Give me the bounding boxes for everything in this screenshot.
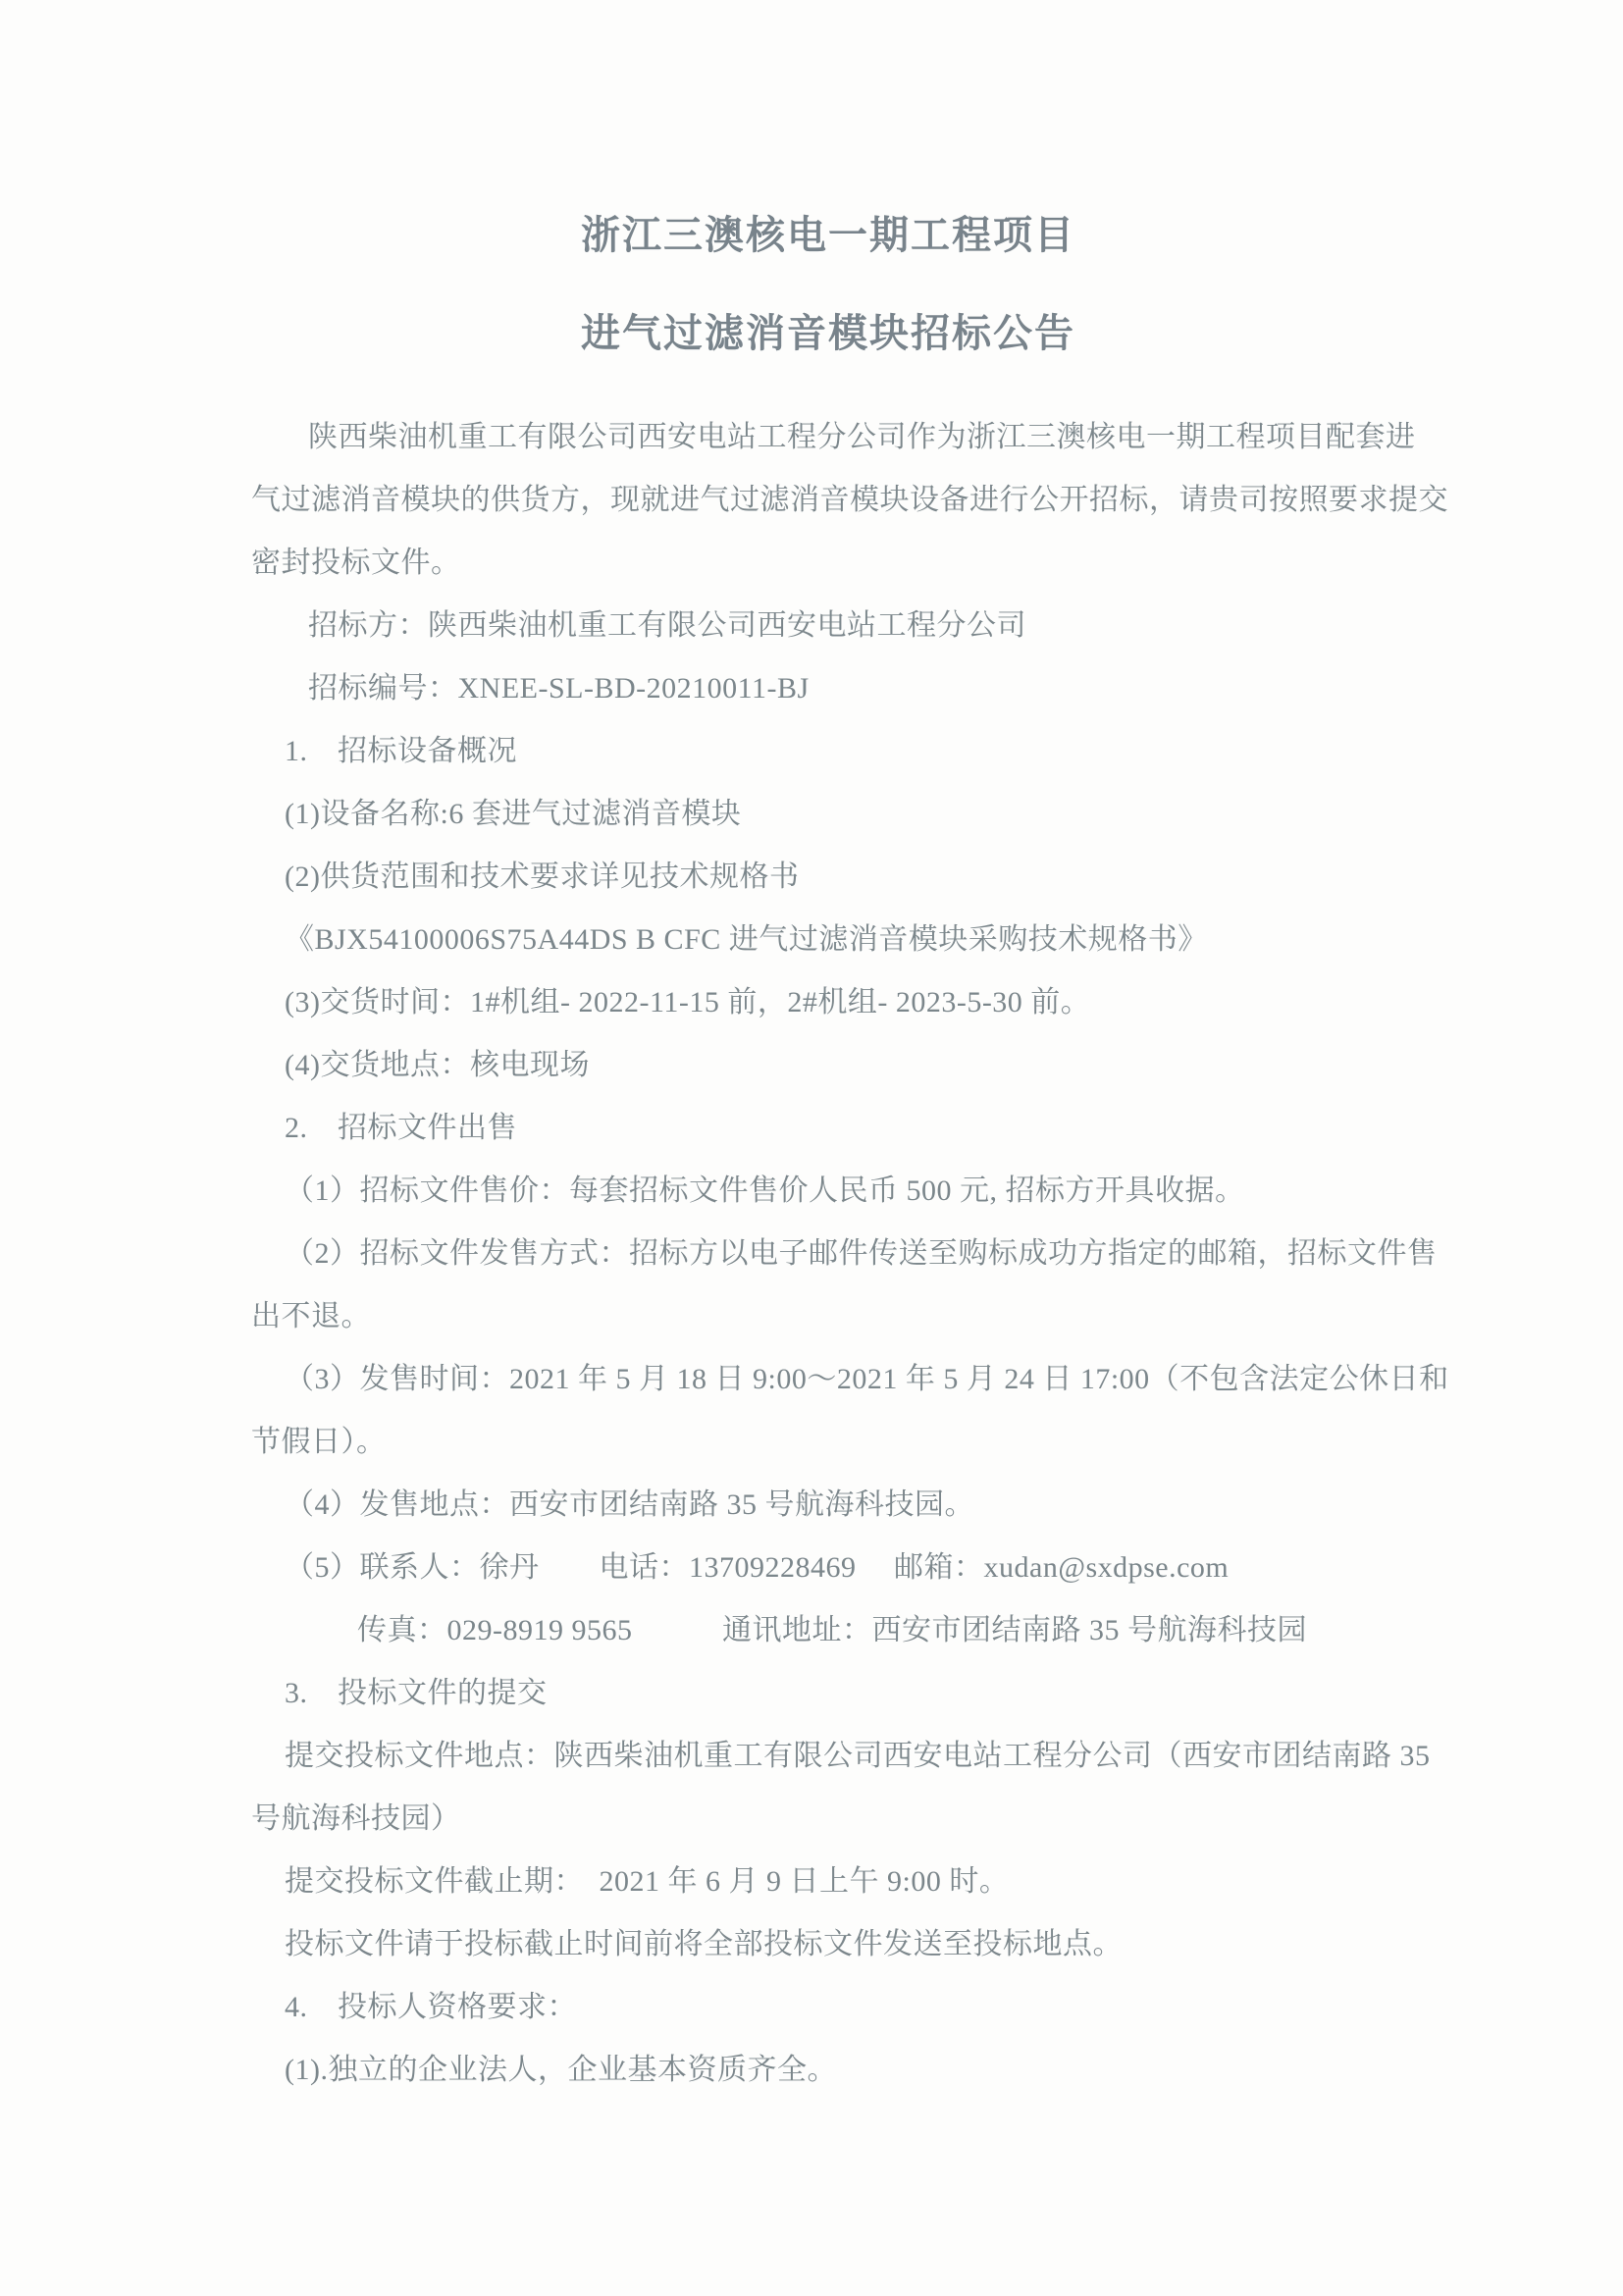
- section-2-heading: 2. 招标文件出售: [251, 1097, 1405, 1160]
- submission-note-line: 投标文件请于投标截止时间前将全部投标文件发送至投标地点。: [251, 1913, 1405, 1976]
- equipment-name-line: (1)设备名称:6 套进气过滤消音模块: [251, 783, 1405, 846]
- document-price-line: （1）招标文件售价：每套招标文件售价人民币 500 元, 招标方开具收据。: [251, 1160, 1405, 1223]
- document-body: 陕西柴油机重工有限公司西安电站工程分公司作为浙江三澳核电一期工程项目配套进 气过…: [251, 406, 1405, 2102]
- qualification-line-1: (1).独立的企业法人，企业基本资质齐全。: [251, 2039, 1405, 2102]
- document-content: 浙江三澳核电一期工程项目 进气过滤消音模块招标公告 陕西柴油机重工有限公司西安电…: [251, 186, 1405, 2102]
- section-3-heading: 3. 投标文件的提交: [251, 1662, 1405, 1725]
- sale-method-line-2: 出不退。: [251, 1285, 1405, 1348]
- submission-place-line-2: 号航海科技园）: [251, 1788, 1405, 1851]
- delivery-time-line: (3)交货时间：1#机组- 2022-11-15 前，2#机组- 2023-5-…: [251, 971, 1405, 1034]
- document-title-line-1: 浙江三澳核电一期工程项目: [251, 186, 1405, 285]
- section-1-heading: 1. 招标设备概况: [251, 720, 1405, 783]
- delivery-place-line: (4)交货地点：核电现场: [251, 1034, 1405, 1097]
- tender-number-line: 招标编号：XNEE-SL-BD-20210011-BJ: [251, 657, 1405, 720]
- intro-paragraph-line-1: 陕西柴油机重工有限公司西安电站工程分公司作为浙江三澳核电一期工程项目配套进: [251, 406, 1405, 469]
- sale-time-line-2: 节假日）。: [251, 1411, 1405, 1474]
- contact-line: （5）联系人：徐丹 电话：13709228469 邮箱：xudan@sxdpse…: [251, 1537, 1405, 1599]
- sale-time-line-1: （3）发售时间：2021 年 5 月 18 日 9:00～2021 年 5 月 …: [251, 1348, 1405, 1411]
- spec-document-line: 《BJX54100006S75A44DS B CFC 进气过滤消音模块采购技术规…: [251, 909, 1405, 971]
- sale-method-line-1: （2）招标文件发售方式：招标方以电子邮件传送至购标成功方指定的邮箱，招标文件售: [251, 1223, 1405, 1285]
- fax-and-address-line: 传真：029-8919 9565 通讯地址：西安市团结南路 35 号航海科技园: [251, 1599, 1405, 1662]
- submission-place-line-1: 提交投标文件地点：陕西柴油机重工有限公司西安电站工程分公司（西安市团结南路 35: [251, 1725, 1405, 1788]
- section-4-heading: 4. 投标人资格要求：: [251, 1976, 1405, 2039]
- tenderer-line: 招标方：陕西柴油机重工有限公司西安电站工程分公司: [251, 595, 1405, 657]
- sale-place-line: （4）发售地点：西安市团结南路 35 号航海科技园。: [251, 1474, 1405, 1537]
- submission-deadline-line: 提交投标文件截止期： 2021 年 6 月 9 日上午 9:00 时。: [251, 1851, 1405, 1913]
- document-title-line-2: 进气过滤消音模块招标公告: [251, 285, 1405, 383]
- intro-paragraph-line-3: 密封投标文件。: [251, 532, 1405, 595]
- intro-paragraph-line-2: 气过滤消音模块的供货方，现就进气过滤消音模块设备进行公开招标，请贵司按照要求提交: [251, 469, 1405, 532]
- scanned-document-page: 浙江三澳核电一期工程项目 进气过滤消音模块招标公告 陕西柴油机重工有限公司西安电…: [0, 0, 1623, 2296]
- supply-scope-line: (2)供货范围和技术要求详见技术规格书: [251, 846, 1405, 909]
